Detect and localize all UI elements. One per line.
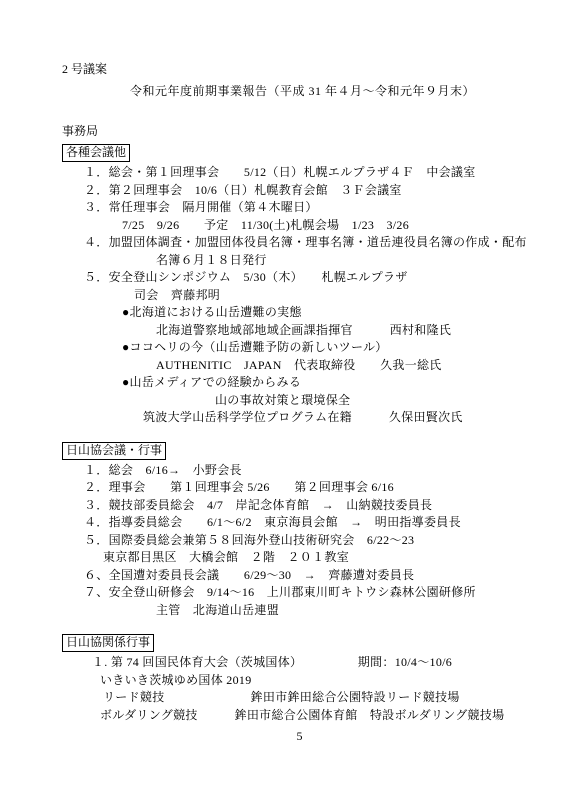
report-line: リード競技 鉾田市鉾田総合公園特設リード競技場 <box>62 689 537 707</box>
report-line: 北海道警察地域部地域企画課指揮官 西村和隆氏 <box>62 322 537 340</box>
page-number: 5 <box>62 728 537 744</box>
report-line: 名簿６月１８日発行 <box>62 252 537 270</box>
report-line: AUTHENITIC JAPAN 代表取締役 久我一総氏 <box>62 357 537 375</box>
report-line: ２．第２回理事会 10/6（日）札幌教育会館 ３Ｆ会議室 <box>62 182 537 200</box>
report-line: 東京都目黒区 大橋会館 ２階 ２０１教室 <box>62 549 537 567</box>
section-heading-row: 日山協会議・行事 <box>62 441 537 460</box>
report-line: ３．常任理事会 隔月開催（第４木曜日） <box>62 199 537 217</box>
report-line: ●ココヘリの今（山岳遭難予防の新しいツール） <box>62 339 537 357</box>
section-heading-row: 各種会議他 <box>62 143 537 162</box>
document-page: 2 号議案 令和元年度前期事業報告（平成 31 年４月～令和元年９月末） 事務局… <box>0 0 565 800</box>
report-line: １. 第 74 回国民体育大会（茨城国体） 期間：10/4～10/6 <box>62 654 537 672</box>
report-line: １．総会・第１回理事会 5/12（日）札幌エルプラザ４Ｆ 中会議室 <box>62 164 537 182</box>
report-line: 主管 北海道山岳連盟 <box>62 602 537 620</box>
report-line: ボルダリング競技 鉾田市総合公園体育館 特設ボルダリング競技場 <box>62 707 537 725</box>
section-heading-row: 日山協関係行事 <box>62 633 537 652</box>
report-line: ４．加盟団体調査・加盟団体役員名簿・理事名簿・道岳連役員名簿の作成・配布 <box>62 234 537 252</box>
report-line: ●北海道における山岳遭難の実態 <box>62 304 537 322</box>
section-heading-nisankyo-related-events: 日山協関係行事 <box>62 634 154 652</box>
report-line: ５．安全登山シンポジウム 5/30（木） 札幌エルプラザ <box>62 269 537 287</box>
report-line: 司会 齊藤邦明 <box>62 287 537 305</box>
report-line: １．総会 6/16→ 小野会長 <box>62 462 537 480</box>
report-line: ５．国際委員総会兼第５８回海外登山技術研究会 6/22～23 <box>62 532 537 550</box>
report-line: ４．指導委員総会 6/1～6/2 東京海員会館 → 明田指導委員長 <box>62 514 537 532</box>
report-line: ６、全国遭対委員長会議 6/29～30 → 齊藤遭対委員長 <box>62 567 537 585</box>
case-number-label: 2 号議案 <box>62 60 537 78</box>
document-title: 令和元年度前期事業報告（平成 31 年４月～令和元年９月末） <box>130 82 537 100</box>
report-line: ２．理事会 第１回理事会 5/26 第２回理事会 6/16 <box>62 479 537 497</box>
section-heading-nisankyo-meetings-events: 日山協会議・行事 <box>62 442 166 460</box>
report-line: ７、安全登山研修会 9/14～16 上川郡東川町キトウシ森林公園研修所 <box>62 584 537 602</box>
document-content: 2 号議案 令和元年度前期事業報告（平成 31 年４月～令和元年９月末） 事務局… <box>0 0 565 744</box>
report-line: いきいき茨城ゆめ国体 2019 <box>62 672 537 690</box>
report-line: ３．競技部委員総会 4/7 岸記念体育館 → 山納競技委員長 <box>62 497 537 515</box>
report-line: 筑波大学山岳科学学位プログラム在籍 久保田賢次氏 <box>62 409 537 427</box>
section-heading-various-meetings: 各種会議他 <box>62 144 130 162</box>
report-line: ●山岳メディアでの経験からみる <box>62 374 537 392</box>
report-line: 山の事故対策と環境保全 <box>62 392 537 410</box>
office-label: 事務局 <box>62 122 537 140</box>
report-line: 7/25 9/26 予定 11/30(土)札幌会場 1/23 3/26 <box>62 217 537 235</box>
